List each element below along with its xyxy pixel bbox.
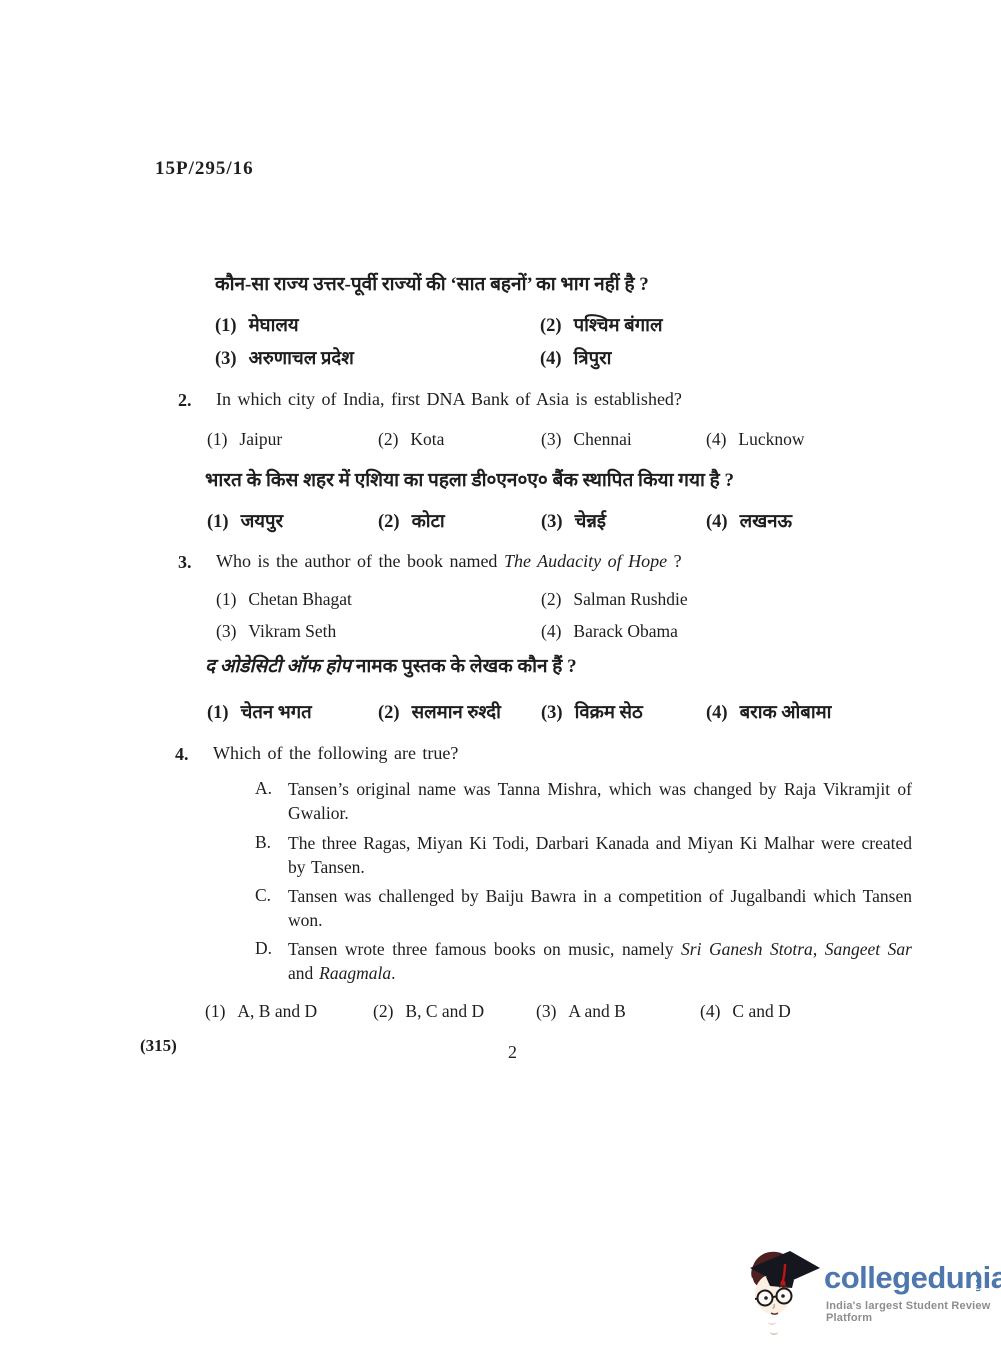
option-number: (3)	[541, 429, 561, 449]
q4-number: 4.	[175, 744, 189, 765]
q4-statement-a-text: Tansen’s original name was Tanna Mishra,…	[288, 778, 912, 825]
brand-tld: .com	[974, 1270, 983, 1293]
q3-number: 3.	[178, 552, 192, 573]
option-number: (1)	[207, 512, 229, 532]
q4-option-1: (1)A, B and D	[205, 1001, 317, 1022]
option-label: Vikram Seth	[248, 621, 336, 641]
q2-en-option-2: (2)Kota	[378, 429, 444, 450]
q3-hi-option-1: (1)चेतन भगत	[207, 699, 312, 724]
q1-hindi-question: कौन-सा राज्य उत्तर-पूर्वी राज्यों की ‘सा…	[215, 270, 649, 296]
q4-option-2: (2)B, C and D	[373, 1001, 484, 1022]
option-number: (4)	[706, 429, 726, 449]
q4-statement-d-text: Tansen wrote three famous books on music…	[288, 938, 912, 985]
q4-statement-b-letter: B.	[255, 832, 271, 853]
option-label: पश्चिम बंगाल	[574, 316, 663, 336]
option-label: त्रिपुरा	[574, 349, 612, 369]
option-label: Lucknow	[738, 429, 804, 449]
q2-english-question: In which city of India, first DNA Bank o…	[216, 389, 682, 410]
statement-text: .	[391, 963, 395, 983]
q4-statement-c-letter: C.	[255, 885, 271, 906]
booklet-set-number: (315)	[140, 1036, 177, 1056]
q3-hi-option-2: (2)सलमान रुश्दी	[378, 699, 501, 724]
q4-option-4: (4)C and D	[700, 1001, 791, 1022]
statement-text: ,	[813, 939, 825, 959]
option-label: जयपुर	[241, 512, 284, 532]
option-number: (3)	[541, 703, 563, 723]
book-title: Raagmala	[319, 963, 391, 983]
option-number: (3)	[216, 621, 236, 641]
option-label: सलमान रुश्दी	[412, 703, 501, 723]
option-number: (1)	[205, 1001, 225, 1021]
option-number: (4)	[540, 349, 562, 369]
option-number: (3)	[541, 512, 563, 532]
q2-hi-option-1: (1)जयपुर	[207, 508, 283, 533]
option-number: (2)	[373, 1001, 393, 1021]
q2-hi-option-3: (3)चेन्नई	[541, 508, 606, 533]
book-title: The Audacity of Hope	[504, 551, 667, 571]
option-number: (1)	[207, 429, 227, 449]
q4-statement-d-letter: D.	[255, 938, 272, 959]
question-text: ?	[667, 551, 682, 571]
option-label: चेन्नई	[575, 512, 606, 532]
option-label: Jaipur	[239, 429, 282, 449]
option-number: (2)	[378, 429, 398, 449]
option-label: Chennai	[573, 429, 631, 449]
option-label: A, B and D	[237, 1001, 317, 1021]
option-label: B, C and D	[405, 1001, 484, 1021]
option-label: चेतन भगत	[241, 703, 312, 723]
q4-statement-c-text: Tansen was challenged by Baiju Bawra in …	[288, 885, 912, 932]
option-label: A and B	[568, 1001, 625, 1021]
option-number: (4)	[706, 512, 728, 532]
q4-question: Which of the following are true?	[213, 743, 458, 764]
book-title: Sri Ganesh Stotra	[681, 939, 813, 959]
q2-en-option-3: (3)Chennai	[541, 429, 632, 450]
scanned-exam-page: { "header": { "paper_code": "15P/295/16"…	[0, 0, 1001, 1356]
q3-hi-option-3: (3)विक्रम सेठ	[541, 699, 643, 724]
q4-statement-a-letter: A.	[255, 778, 272, 799]
q1-option-3: (3)अरुणाचल प्रदेश	[215, 345, 354, 370]
option-number: (3)	[536, 1001, 556, 1021]
q2-en-option-1: (1)Jaipur	[207, 429, 282, 450]
q3-en-option-3: (3)Vikram Seth	[216, 621, 336, 642]
q3-en-option-4: (4)Barack Obama	[541, 621, 678, 642]
q3-english-question: Who is the author of the book named The …	[216, 551, 682, 572]
q3-en-option-2: (2)Salman Rushdie	[541, 589, 688, 610]
q2-hi-option-2: (2)कोटा	[378, 508, 445, 533]
q4-statement-b-text: The three Ragas, Miyan Ki Todi, Darbari …	[288, 832, 912, 879]
q3-en-option-1: (1)Chetan Bhagat	[216, 589, 352, 610]
option-label: बराक ओबामा	[740, 703, 832, 723]
book-title: Sangeet Sar	[825, 939, 912, 959]
graduate-mascot-icon	[740, 1244, 822, 1340]
q1-option-2: (2)पश्चिम बंगाल	[540, 312, 663, 337]
option-label: कोटा	[412, 512, 445, 532]
option-label: Barack Obama	[573, 621, 677, 641]
option-label: Chetan Bhagat	[248, 589, 352, 609]
q4-option-3: (3)A and B	[536, 1001, 626, 1022]
q2-number: 2.	[178, 390, 192, 411]
option-number: (1)	[215, 316, 237, 336]
question-text: Who is the author of the book named	[216, 551, 504, 571]
q2-hi-option-4: (4)लखनऊ	[706, 508, 792, 533]
option-number: (1)	[207, 703, 229, 723]
q1-option-1: (1)मेघालय	[215, 312, 299, 337]
option-label: विक्रम सेठ	[575, 703, 643, 723]
paper-code: 15P/295/16	[155, 158, 254, 180]
option-number: (1)	[216, 589, 236, 609]
option-number: (3)	[215, 349, 237, 369]
q2-hindi-question: भारत के किस शहर में एशिया का पहला डी०एन०…	[205, 466, 734, 492]
option-label: लखनऊ	[740, 512, 792, 532]
option-number: (4)	[706, 703, 728, 723]
option-number: (4)	[700, 1001, 720, 1021]
option-number: (2)	[378, 703, 400, 723]
q3-hindi-question: द ओडेसिटी ऑफ होप नामक पुस्तक के लेखक कौन…	[205, 652, 577, 678]
collegedunia-logo: collegedunia .com India's largest Studen…	[740, 1244, 1001, 1340]
option-number: (2)	[541, 589, 561, 609]
option-label: Kota	[410, 429, 444, 449]
statement-text: Tansen wrote three famous books on music…	[288, 939, 681, 959]
q2-en-option-4: (4)Lucknow	[706, 429, 805, 450]
option-label: मेघालय	[249, 316, 299, 336]
option-label: C and D	[732, 1001, 790, 1021]
brand-tagline: India's largest Student Review Platform	[826, 1300, 1001, 1324]
option-label: Salman Rushdie	[573, 589, 687, 609]
page-number: 2	[508, 1042, 517, 1063]
q1-option-4: (4)त्रिपुरा	[540, 345, 611, 370]
option-label: अरुणाचल प्रदेश	[249, 349, 354, 369]
q3-hi-option-4: (4)बराक ओबामा	[706, 699, 831, 724]
statement-text: and	[288, 963, 319, 983]
option-number: (2)	[378, 512, 400, 532]
question-text: नामक पुस्तक के लेखक कौन हैं ?	[351, 656, 577, 677]
book-title-hindi: द ओडेसिटी ऑफ होप	[205, 656, 351, 677]
option-number: (4)	[541, 621, 561, 641]
option-number: (2)	[540, 316, 562, 336]
